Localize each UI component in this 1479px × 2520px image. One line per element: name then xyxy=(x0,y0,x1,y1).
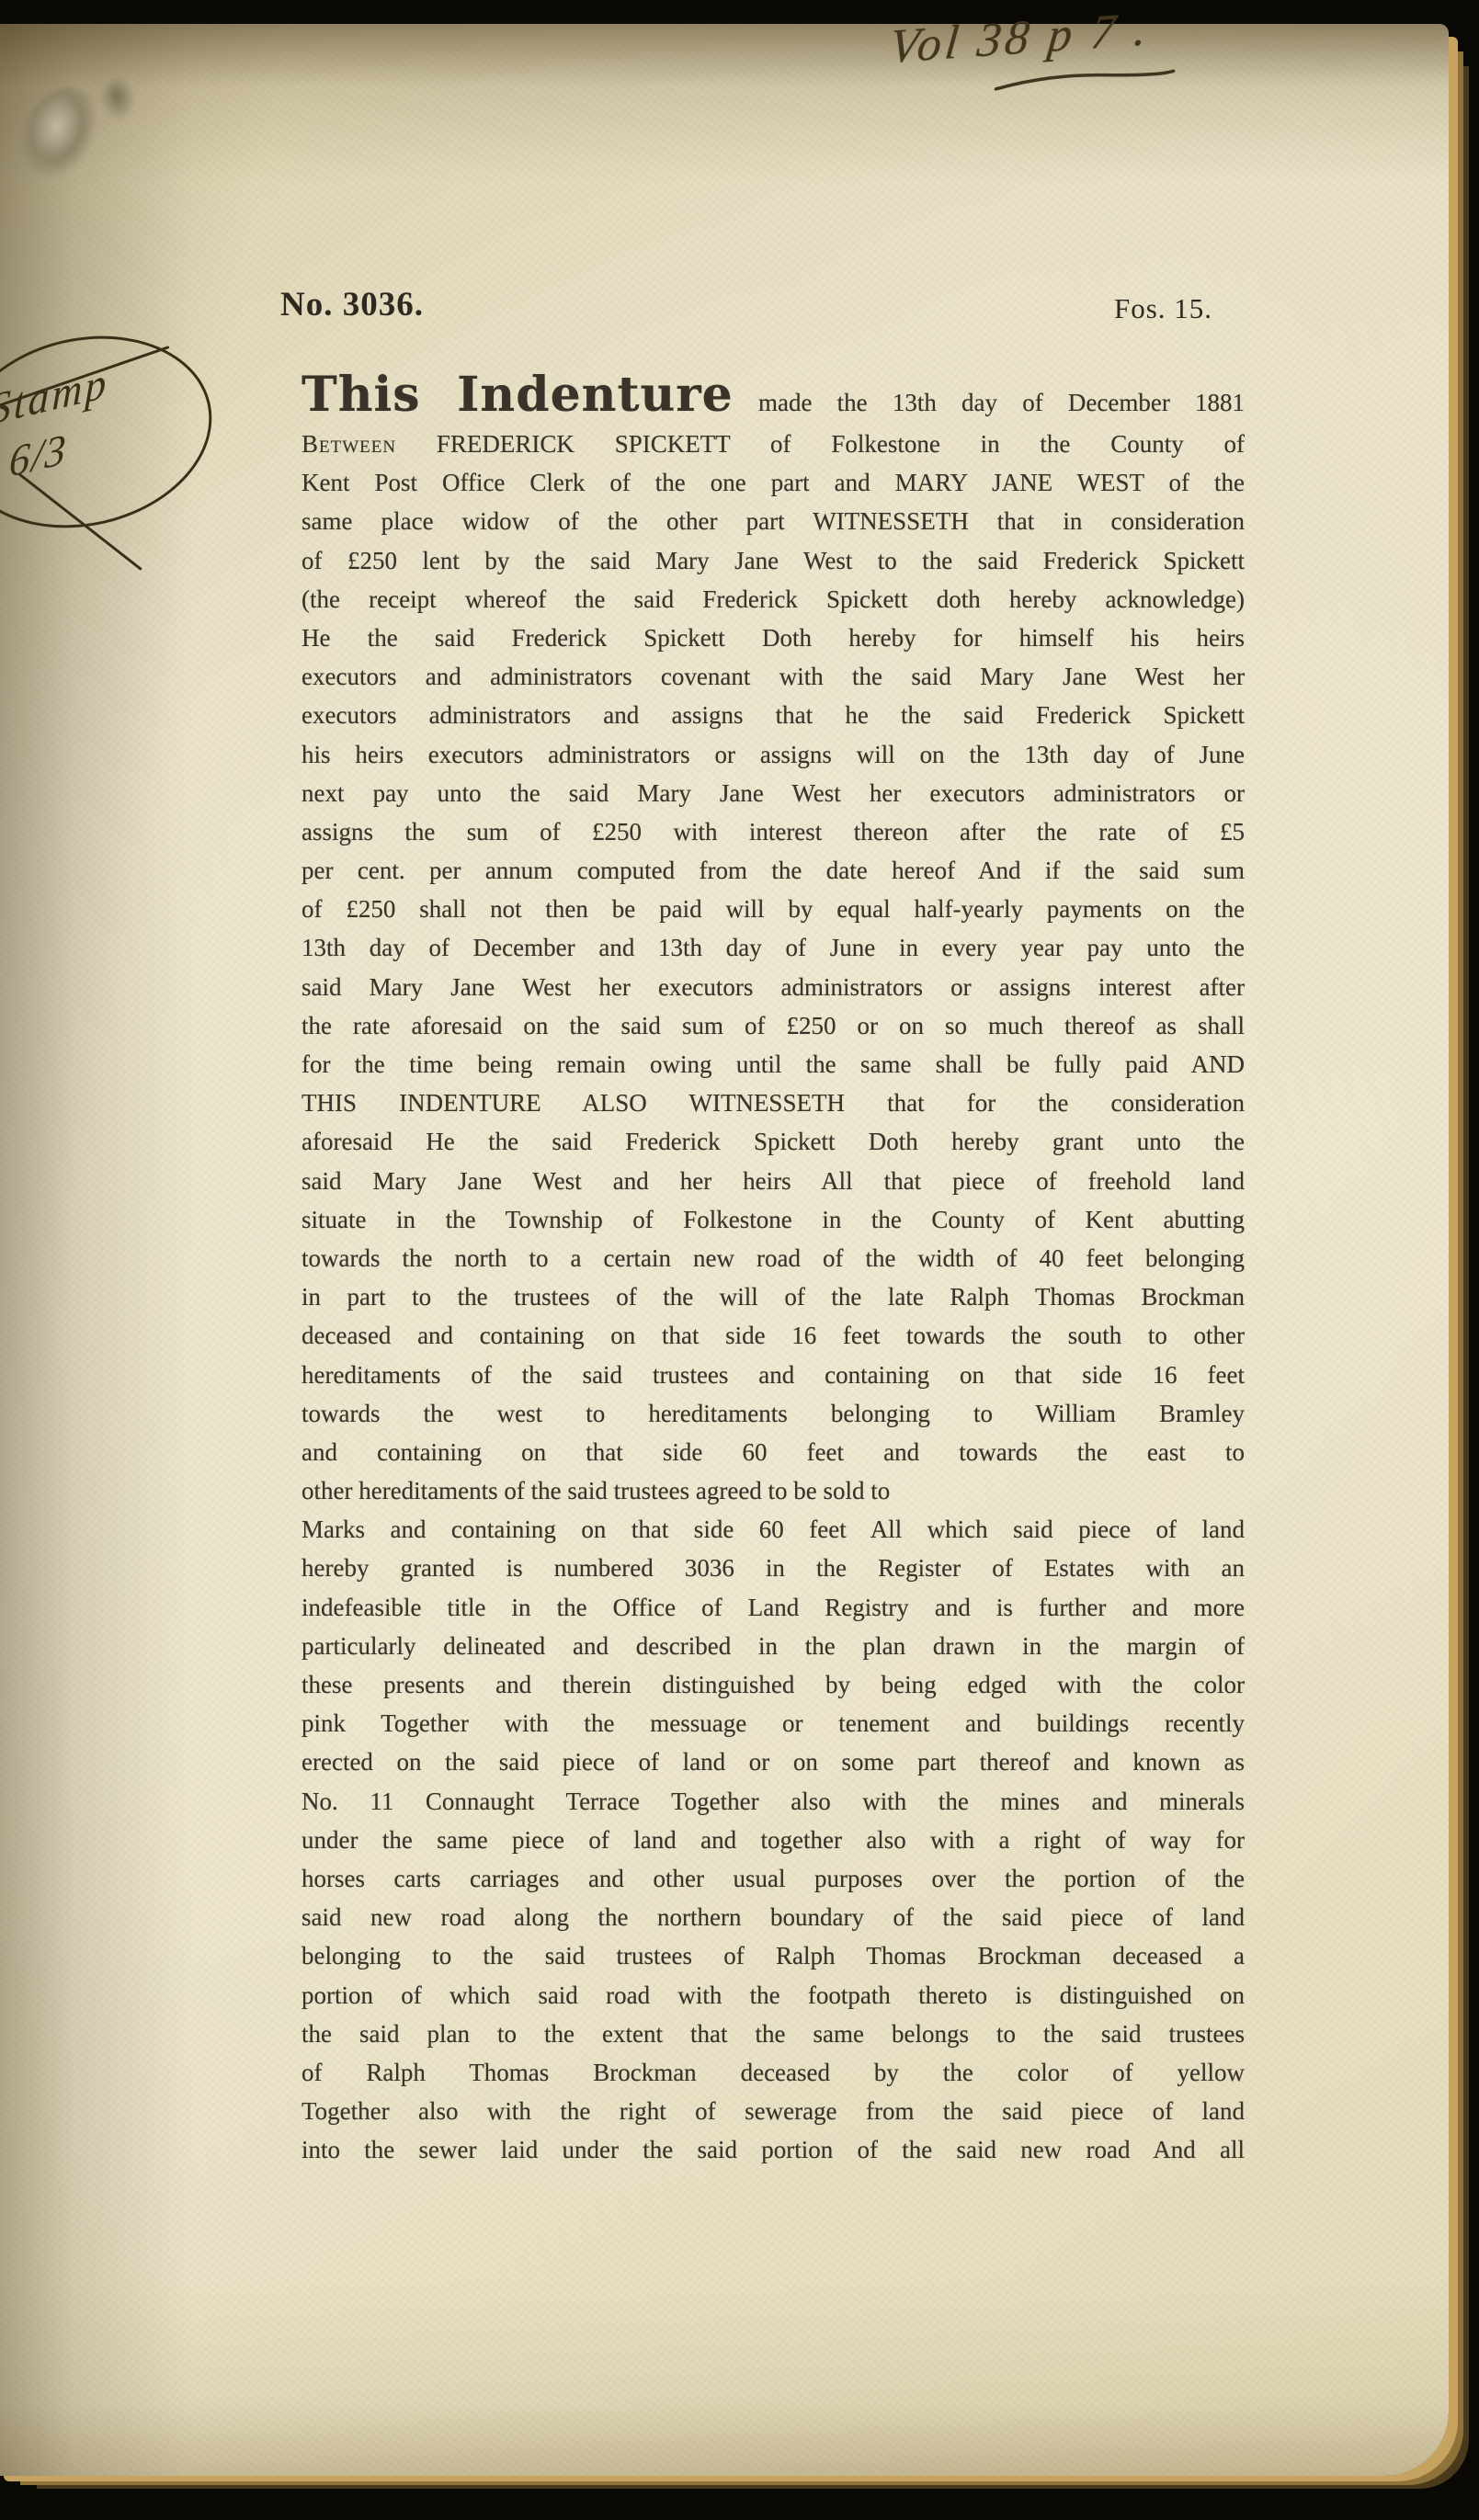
document-line: other hereditaments of the said trustees… xyxy=(301,1471,1245,1510)
document-line: Marks and containing on that side 60 fee… xyxy=(301,1510,1245,1549)
document-line: belonging to the said trustees of Ralph … xyxy=(301,1936,1245,1975)
document-line: hereditaments of the said trustees and c… xyxy=(301,1356,1245,1394)
document-line: This Indenture made the 13th day of Dece… xyxy=(301,366,1245,425)
document-line: the said plan to the extent that the sam… xyxy=(301,2015,1245,2053)
stamp-duty-value: 6/3 xyxy=(8,423,69,487)
document-line: pink Together with the messuage or tenem… xyxy=(301,1704,1245,1742)
document-line: of £250 shall not then be paid will by e… xyxy=(301,890,1245,928)
document-text-body: This Indenture made the 13th day of Dece… xyxy=(301,366,1245,2169)
document-line: said Mary Jane West and her heirs All th… xyxy=(301,1162,1245,1200)
book-photo-backdrop: Vol 38 p 7 . Stamp 6/3 No. 3036. Fos. 15… xyxy=(0,0,1479,2520)
smallcaps-word: Between xyxy=(301,430,396,458)
document-line: He the said Frederick Spickett Doth here… xyxy=(301,619,1245,657)
document-page: Vol 38 p 7 . Stamp 6/3 No. 3036. Fos. 15… xyxy=(0,24,1449,2476)
document-line: deceased and containing on that side 16 … xyxy=(301,1316,1245,1355)
document-line: erected on the said piece of land or on … xyxy=(301,1742,1245,1781)
paper-damage-spot xyxy=(11,76,107,188)
document-line: THIS INDENTURE ALSO WITNESSETH that for … xyxy=(301,1084,1245,1122)
document-line: his heirs executors administrators or as… xyxy=(301,735,1245,774)
document-line: per cent. per annum computed from the da… xyxy=(301,851,1245,890)
document-line: same place widow of the other part WITNE… xyxy=(301,502,1245,540)
document-line: particularly delineated and described in… xyxy=(301,1627,1245,1665)
document-line: assigns the sum of £250 with interest th… xyxy=(301,812,1245,851)
document-line: horses carts carriages and other usual p… xyxy=(301,1859,1245,1898)
document-line: portion of which said road with the foot… xyxy=(301,1976,1245,2015)
document-line: executors administrators and assigns tha… xyxy=(301,696,1245,734)
document-line: of Ralph Thomas Brockman deceased by the… xyxy=(301,2053,1245,2092)
document-line: 13th day of December and 13th day of Jun… xyxy=(301,928,1245,967)
document-line: indefeasible title in the Office of Land… xyxy=(301,1588,1245,1627)
document-line: said new road along the northern boundar… xyxy=(301,1898,1245,1936)
stamp-annotation: Stamp 6/3 xyxy=(0,312,231,552)
document-line: said Mary Jane West her executors admini… xyxy=(301,968,1245,1006)
document-line: aforesaid He the said Frederick Spickett… xyxy=(301,1122,1245,1161)
paper-fox-spot xyxy=(96,75,141,124)
document-line: Between FREDERICK SPICKETT of Folkestone… xyxy=(301,425,1245,463)
document-line: (the receipt whereof the said Frederick … xyxy=(301,580,1245,619)
document-line: situate in the Township of Folkestone in… xyxy=(301,1200,1245,1239)
document-line: executors and administrators covenant wi… xyxy=(301,657,1245,696)
document-line: for the time being remain owing until th… xyxy=(301,1045,1245,1084)
document-line: and containing on that side 60 feet and … xyxy=(301,1433,1245,1471)
handwriting-underline-flourish xyxy=(993,62,1178,96)
document-line: next pay unto the said Mary Jane West he… xyxy=(301,774,1245,812)
folio-number: Fos. 15. xyxy=(1114,292,1212,325)
document-line: these presents and therein distinguished… xyxy=(301,1665,1245,1704)
blackletter-heading: This Indenture xyxy=(301,367,734,423)
document-line: towards the north to a certain new road … xyxy=(301,1239,1245,1277)
document-line: in part to the trustees of the will of t… xyxy=(301,1277,1245,1316)
document-line: under the same piece of land and togethe… xyxy=(301,1821,1245,1859)
document-line: hereby granted is numbered 3036 in the R… xyxy=(301,1549,1245,1587)
handwritten-volume-note: Vol 38 p 7 . xyxy=(887,2,1153,74)
document-line: of £250 lent by the said Mary Jane West … xyxy=(301,541,1245,580)
stamp-word: Stamp xyxy=(0,358,109,436)
document-line: into the sewer laid under the said porti… xyxy=(301,2130,1245,2169)
document-number: No. 3036. xyxy=(280,285,424,324)
document-line: No. 11 Connaught Terrace Together also w… xyxy=(301,1782,1245,1821)
document-line: Together also with the right of sewerage… xyxy=(301,2092,1245,2130)
document-line: the rate aforesaid on the said sum of £2… xyxy=(301,1006,1245,1045)
document-line: Kent Post Office Clerk of the one part a… xyxy=(301,463,1245,502)
document-line: towards the west to hereditaments belong… xyxy=(301,1394,1245,1433)
